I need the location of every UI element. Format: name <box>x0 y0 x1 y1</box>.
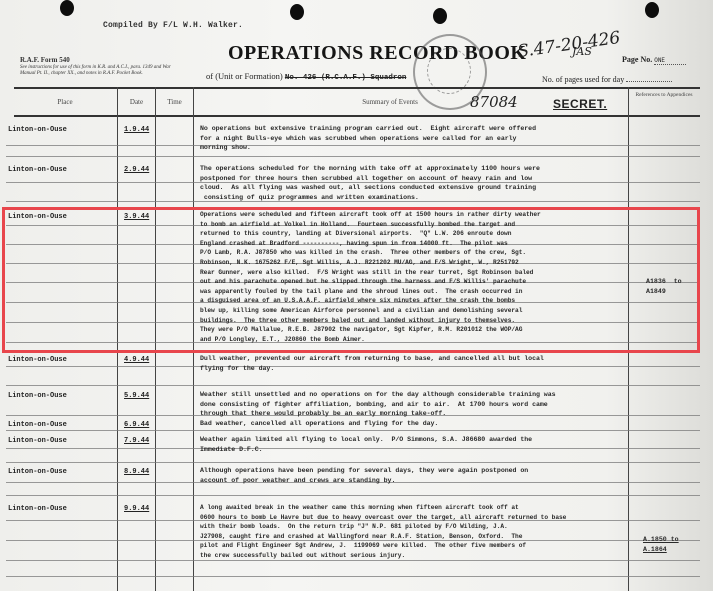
entry-place: Linton-on-Ouse <box>8 356 67 364</box>
entry-summary: The operations scheduled for the morning… <box>200 164 626 202</box>
pages-used-value <box>626 81 672 82</box>
punch-hole <box>433 8 447 24</box>
entry-references: A1836 to A1849 <box>646 277 682 296</box>
unit-value: No. 426 (R.C.A.F.) Squadron <box>285 74 407 82</box>
entry-date: 9.9.44 <box>124 505 149 513</box>
entry-place: Linton-on-Ouse <box>8 421 67 429</box>
entry-place: Linton-on-Ouse <box>8 166 67 174</box>
page-number-label: Page No. <box>622 55 652 64</box>
unit-line: of (Unit or Formation) No. 426 (R.C.A.F.… <box>206 71 406 82</box>
compiled-by: Compiled By F/L W.H. Walker. <box>103 21 243 30</box>
pages-used-label: No. of pages used for day <box>542 75 624 84</box>
entry-place: Linton-on-Ouse <box>8 468 67 476</box>
page-number-value: ONE <box>654 57 686 65</box>
entry-summary: Weather again limited all flying to loca… <box>200 435 626 454</box>
column-divider <box>628 87 629 591</box>
entry-summary: A long awaited break in the weather came… <box>200 503 626 561</box>
pages-used: No. of pages used for day <box>542 75 672 84</box>
entry-summary: Operations were scheduled and fifteen ai… <box>200 210 626 344</box>
entry-date: 4.9.44 <box>124 356 149 364</box>
form-number: R.A.F. Form 540 <box>20 56 70 64</box>
column-header-place: Place <box>30 98 100 106</box>
column-header-time: Time <box>156 98 193 106</box>
punch-hole <box>645 2 659 18</box>
entry-date: 5.9.44 <box>124 392 149 400</box>
handwritten-number: 87084 <box>470 93 518 111</box>
entry-date: 6.9.44 <box>124 421 149 429</box>
entry-date: 8.9.44 <box>124 468 149 476</box>
entry-place: Linton-on-Ouse <box>8 505 67 513</box>
entry-date: 3.9.44 <box>124 213 149 221</box>
entry-summary: Although operations have been pending fo… <box>200 466 626 485</box>
punch-hole <box>60 0 74 16</box>
entry-summary: No operations but extensive training pro… <box>200 124 626 153</box>
handwritten-initials: JAS <box>572 45 592 58</box>
column-header-summary: Summary of Events <box>330 98 450 106</box>
operations-record-book-page: Compiled By F/L W.H. Walker. R.A.F. Form… <box>0 0 713 591</box>
entry-references: A.1850 to A.1864 <box>643 535 679 554</box>
entry-date: 7.9.44 <box>124 437 149 445</box>
entry-date: 2.9.44 <box>124 166 149 174</box>
form-instructions: See instructions for use of this form in… <box>20 65 180 77</box>
entry-place: Linton-on-Ouse <box>8 392 67 400</box>
entry-summary: Bad weather, cancelled all operations an… <box>200 419 626 429</box>
column-divider <box>193 87 194 591</box>
page-number: Page No. ONE <box>622 55 686 65</box>
handwritten-reference: S.47-20-426 <box>516 28 621 62</box>
column-header-references: References to Appendices <box>634 92 694 99</box>
entry-date: 1.9.44 <box>124 126 149 134</box>
entry-place: Linton-on-Ouse <box>8 126 67 134</box>
entry-summary: Dull weather, prevented our aircraft fro… <box>200 354 626 373</box>
entry-place: Linton-on-Ouse <box>8 213 67 221</box>
punch-hole <box>290 4 304 20</box>
unit-label: of (Unit or Formation) <box>206 71 283 81</box>
entry-place: Linton-on-Ouse <box>8 437 67 445</box>
classification-label: SECRET. <box>553 97 607 111</box>
column-divider <box>117 87 118 591</box>
column-divider <box>155 87 156 591</box>
entry-summary: Weather still unsettled and no operation… <box>200 390 626 419</box>
column-header-date: Date <box>118 98 155 106</box>
